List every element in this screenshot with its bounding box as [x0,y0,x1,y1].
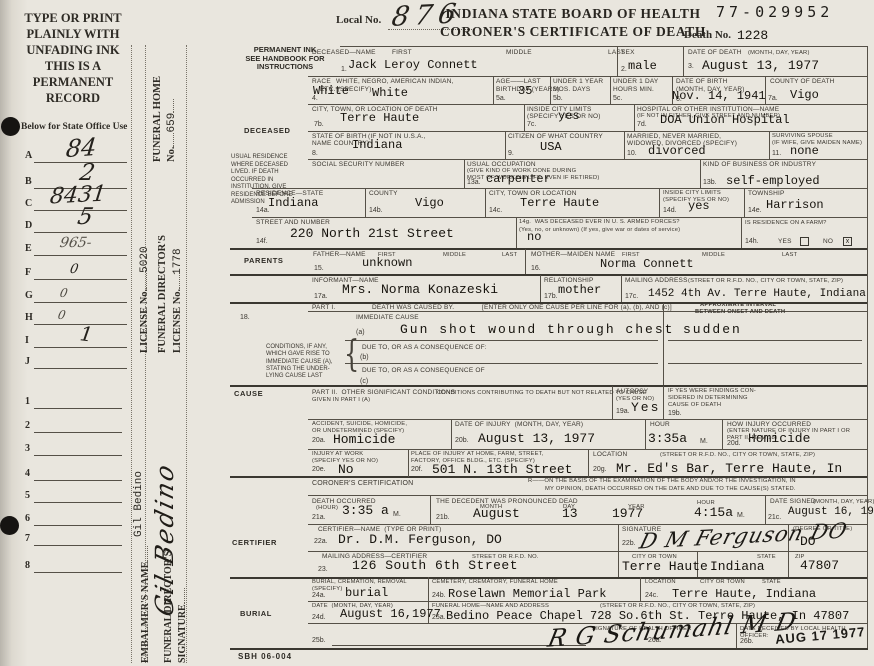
state-office-use-label: Below for State Office Use [21,122,127,132]
under-day-label2: HOURS MIN. [613,86,654,93]
how-injury-value: Homicide [748,431,810,446]
field-number: 23. [318,566,328,573]
divider [186,45,187,663]
residence-note-line: USUAL RESIDENCE [231,154,292,162]
res-city-value: Terre Haute [520,196,599,210]
rule [308,601,868,602]
rule-heavy [230,248,868,250]
cause-b-prefix: (b) [360,354,369,361]
citizen-value: USA [540,140,562,154]
field-number: 1. [341,66,347,73]
field-number: 14b. [369,207,383,214]
sex-value: male [628,59,657,73]
interval-label2: BETWEEN ONSET AND DEATH [695,309,785,315]
farm-no-checkbox: x [843,237,852,246]
part1-label3: [ENTER ONLY ONE CAUSE PER LINE FOR (a), … [482,304,672,311]
section-certifier: CERTIFIER [232,538,277,547]
rule [428,577,429,601]
marital-label: MARRIED, NEVER MARRIED, [627,133,721,140]
rule [744,188,745,217]
autopsy-value: Yes [631,400,660,415]
field-number: 7a. [768,95,778,102]
ssn-label: SOCIAL SECURITY NUMBER [312,161,405,168]
findings-label3: CAUSE OF DEATH [668,402,721,408]
rule [308,131,868,132]
interval-value: sudden [683,322,742,337]
rule [765,495,766,524]
spouse-label: SURVIVING SPOUSE [772,133,833,139]
dob-label: DATE OF BIRTH [676,78,727,85]
res-county-label: COUNTY [369,190,398,197]
city-death-value: Terre Haute [340,111,419,125]
conditions-line: LYING CAUSE LAST [266,373,333,380]
rule [308,104,868,105]
res-state-value: Indiana [268,196,318,210]
burial-date-value: August 16,1977 [340,607,441,621]
rule [640,577,641,601]
write-line [34,572,122,573]
field-number: 18. [240,314,250,321]
write-line [34,408,122,409]
middle-label: MIDDLE [702,252,725,258]
notice-line: PERMANENT [16,74,130,90]
field-number: 14f. [256,238,268,245]
part1-label: PART I. [312,304,335,311]
injury-date-value: August 13, 1977 [478,431,595,446]
death-hour-label2: (HOUR) [316,505,338,511]
injury-place-label2-text: AT HOME, FARM, STREET, [467,451,544,457]
write-line [34,455,122,456]
notice-line: RECORD [16,90,130,106]
pronounced-hour: 4:15a [694,505,733,520]
rule [645,419,646,449]
write-line [34,525,122,526]
field-number: 14h. [745,238,759,245]
first-label: FIRST [392,49,412,56]
license-label: LICENSE No. [139,289,150,353]
no-label: No. [166,147,177,162]
pronounced-hour-suffix: M. [737,512,745,519]
township-label: TOWNSHIP [748,190,785,197]
race-label2: WHITE, NEGRO, AMERICAN INDIAN, [336,78,454,85]
sex-label: SEX [621,49,635,56]
funeral-home-number: No.659 [161,99,179,162]
burial-location-value: Terre Haute, Indiana [672,587,816,601]
pronounced-day: 13 [562,506,578,521]
hospital-label: HOSPITAL OR OTHER INSTITUTION—NAME [637,106,779,113]
rule [345,340,658,341]
write-line [34,302,127,303]
field-number: 25b. [312,637,326,644]
local-no-label: Local No. [336,14,381,26]
spouse-value: none [790,144,819,158]
line-key: G [25,290,33,301]
rule [525,249,526,274]
death-no-value: 1228 [737,28,768,43]
marital-value: divorced [648,144,706,158]
rule [540,275,541,302]
rule [430,495,431,524]
handwritten-value-e: 965- [59,235,93,251]
res-limits-label: INSIDE CITY LIMITS [663,190,721,196]
field-number: 16. [531,265,541,272]
township-value: Harrison [766,198,824,212]
field-number: 21b. [436,514,450,521]
field-number: 11. [772,150,781,157]
findings-label: IF YES WERE FINDINGS CON- [668,388,756,394]
write-line [34,255,127,256]
rule [610,76,611,104]
field-number: 5a. [496,95,506,102]
field-number: 13a. [467,179,481,186]
line-key: J [25,356,30,367]
farm-yes-label: YES [778,238,792,245]
title-line1: INDIANA STATE BOARD OF HEALTH [408,6,738,22]
notice-line: PLAINLY WITH [16,26,130,42]
rule [493,76,494,104]
cemetery-label: CEMETERY, CREMATORY, FUNERAL HOME [432,579,558,585]
informant-mailing-value: 1452 4th Av. Terre Haute, Indiana [648,288,866,300]
under-year-label2: MOS. DAYS [553,86,590,93]
immediate-cause-label: IMMEDIATE CAUSE [356,314,419,321]
line-key: I [25,335,29,346]
informant-mailing-label: MAILING ADDRESS [625,277,688,284]
informant-mailing-label2: (STREET OR R.F.D. NO., CITY OR TOWN, STA… [688,278,843,284]
coroner-cert-text2: MY OPINION, DEATH OCCURRED ON THE DATE A… [545,486,796,492]
interval-label1: APPROXIMATE INTERVAL [700,302,776,308]
write-line [34,232,127,233]
field-number: 21a. [312,514,326,521]
county-death-label: COUNTY OF DEATH [770,78,835,85]
section-deceased: DECEASED [244,126,290,135]
rule [365,188,366,217]
write-line [34,279,127,280]
license-label: LICENSE No. [172,289,183,353]
field-number: 13b. [703,179,717,186]
conditions-line: CONDITIONS, IF ANY, [266,344,333,351]
rule [700,159,701,188]
degree-value: DO [800,534,816,549]
write-line [34,480,122,481]
line-key: 5 [25,490,30,501]
rule [668,363,862,364]
section-parents: PARENTS [244,256,283,265]
dotted-fill [165,99,174,113]
state-birth-value: Indiana [352,138,402,152]
res-limits-value: yes [688,199,710,213]
deceased-name-label: DECEASED—NAME [312,49,376,56]
due-to-b-label: DUE TO, OR AS A CONSEQUENCE OF: [362,344,487,351]
rule [252,188,868,189]
armed-forces-label: 14g. WAS DECEASED EVER IN U. S. ARMED FO… [519,219,680,225]
rule [308,495,868,496]
field-number: 24d. [312,614,326,621]
conditions-note: CONDITIONS, IF ANY, WHICH GAVE RISE TO I… [266,344,333,380]
rule [308,419,868,420]
line-key: 4 [25,468,30,479]
rule [668,340,862,341]
date-of-death-sublabel: (MONTH, DAY, YEAR) [748,50,810,56]
ink-line: INSTRUCTIONS [237,63,333,72]
business-label: KIND OF BUSINESS OR INDUSTRY [703,161,816,168]
rule [634,104,635,131]
rule-heavy [230,274,868,276]
mother-value: Norma Connett [600,257,694,271]
part2-label: PART II. OTHER SIGNIFICANT CONDITIONS [312,389,455,396]
field-number: 3. [688,63,694,70]
injury-location-value: Mr. Ed's Bar, Terre Haute, In [616,461,842,476]
write-line [34,162,127,163]
informant-value: Mrs. Norma Konazeski [342,282,498,297]
field-number: 20f. [411,466,423,473]
line-key: 3 [25,443,30,454]
line-key: C [25,198,32,209]
line-key: F [25,267,31,278]
field-number: 22a. [314,538,328,545]
rule [451,419,452,449]
line-key: D [25,220,32,231]
part1-label2: DEATH WAS CAUSED BY. [372,304,454,311]
injury-work-value: No [338,462,354,477]
field-number: 20g. [593,466,607,473]
dotted-fill [171,275,180,289]
injury-location-label2: (STREET OR R.F.D. NO., CITY OR TOWN, STA… [660,452,815,458]
cemetery-value: Roselawn Memorial Park [448,587,606,601]
date-signed-label2: (MONTH, DAY, YEAR) [813,499,874,505]
rule [588,449,589,477]
armed-forces-value: no [527,230,541,244]
street-value: 220 North 21st Street [290,226,454,241]
how-injury-label: HOW INJURY OCCURRED [727,421,811,428]
injury-hour-value: 3:35a [648,431,687,446]
county-death-value: Vigo [790,88,819,102]
line-key: 2 [25,420,30,431]
injury-hour-label: HOUR [650,421,670,428]
rule [683,46,684,76]
handwritten-value-h: 0 [57,308,67,322]
handwritten-value-i: 1 [78,321,94,347]
director-license-number: LICENSE No.1778 [167,248,185,353]
field-number: 7d. [637,121,647,128]
write-line [34,502,122,503]
manner-label: ACCIDENT, SUICIDE, HOMICIDE, [312,421,407,427]
line-key: 7 [25,533,30,544]
degree-label: (DEGREE OR TITLE) [793,526,852,532]
rule [308,159,868,160]
field-number: 25a. [432,614,446,621]
write-line [34,432,122,433]
line-key: A [25,150,32,161]
field-number: 19b. [668,410,682,417]
brace-glyph: { [344,333,359,375]
occupation-value: carpenter [486,172,551,186]
occupation-label: USUAL OCCUPATION [467,161,536,168]
under-year-label: UNDER 1 YEAR [553,78,603,85]
funeral-director-sig-label2: SIGNATURE [172,588,190,663]
pronounced-label: THE DECEDENT WAS PRONOUNCED DEAD [436,498,578,505]
field-number: 15. [314,265,324,272]
citizen-label: CITIZEN OF WHAT COUNTRY [508,133,603,140]
rule [659,188,660,217]
rule [741,217,742,248]
conditions-line: IMMEDIATE CAUSE (A), [266,359,333,366]
farm-yes-checkbox [800,237,809,246]
armed-forces-label2: (Yes, no, or unknown) (If yes, give war … [519,227,680,233]
line-key: 1 [25,396,30,407]
date-signed-label: DATE SIGNED [770,498,816,505]
manner-value: Homicide [333,432,395,447]
street-label: STREET AND NUMBER [256,219,330,226]
section-burial: BURIAL [240,609,272,618]
field-number: 14d. [663,207,677,214]
rule [618,551,619,577]
field-number: 9. [508,150,514,157]
handwritten-value-c: 8431 [48,181,107,209]
farm-no-label: NO [823,238,833,245]
funeral-home-no-value: 659 [166,113,178,133]
injury-place-label: PLACE OF INJURY AT HOME, FARM, STREET, [411,451,544,457]
field-number: 24b. [432,592,446,599]
last-label: LAST [502,252,517,258]
residence-note-line: WHERE DECEASED [231,162,292,170]
write-line [34,347,127,348]
father-value: unknown [362,256,412,270]
handwritten-value-f: 0 [69,262,80,277]
rule [485,188,486,217]
injury-work-label: INJURY AT WORK [312,451,363,457]
rule [340,46,868,47]
pronounced-month: August [473,506,520,521]
field-number: 5c. [613,95,622,102]
rule [408,449,409,477]
field-number: 20d. [727,440,741,447]
line-key: B [25,176,32,187]
middle-label: MIDDLE [506,49,532,56]
injury-location-label: LOCATION [593,451,627,458]
field-number: 5b. [553,95,563,102]
burial-type-label: BURIAL, CREMATION, REMOVAL [312,579,407,585]
injury-place-label-text: PLACE OF INJURY [411,451,465,457]
write-line [34,545,122,546]
business-value: self-employed [726,174,820,188]
field-number: 24a. [312,592,326,599]
line-key: 6 [25,513,30,524]
field-number: 17c. [625,293,638,300]
injury-hour-suffix: M. [700,438,708,445]
coroner-certification-label: CORONER'S CERTIFICATION [312,480,413,487]
deceased-name-value: Jack Leroy Connett [348,58,478,72]
field-number: 20b. [455,437,469,444]
relationship-value: mother [558,283,601,297]
autopsy-label: AUTOPSY [616,388,648,395]
form-number: SBH 06-004 [238,652,292,661]
license-no-value: 5020 [139,246,151,272]
field-number: 4. [312,95,318,102]
res-county-value: Vigo [415,196,444,210]
field-number: 19a. [616,408,630,415]
rule [788,551,789,577]
rule [722,419,723,449]
handwritten-value-g: 0 [59,286,69,300]
date-of-death-value: August 13, 1977 [702,58,819,73]
hole-punch-top [1,117,20,136]
field-number: 22b. [622,540,636,547]
father-label: FATHER—NAME [313,251,366,258]
rule [308,551,868,552]
certifier-street-value: 126 South 6th Street [352,558,518,573]
injury-date-label-text: DATE OF INJURY [455,421,511,428]
burial-type-value: burial [345,586,388,600]
field-number: 2. [621,66,627,73]
label-text: SIGNATURE [177,604,188,663]
rule-heavy [230,385,868,387]
field-number: 17a. [314,293,328,300]
rule [624,131,625,159]
death-certificate-scan: TYPE OR PRINT PLAINLY WITH UNFADING INK … [0,0,874,666]
conditions-line: WHICH GAVE RISE TO [266,351,333,358]
notice-line: THIS IS A [16,58,130,74]
death-no-label: Death No. [684,29,731,41]
dotted-fill [139,546,148,562]
field-number: 14c. [489,207,502,214]
field-number: 10. [627,150,637,157]
conditions-line: STATING THE UNDER- [266,366,333,373]
rule [663,386,664,419]
burial-location-label2: CITY OR TOWN [700,579,745,585]
field-number: 17b. [544,293,558,300]
field-number: 7c. [527,121,536,128]
armed-forces-label-text: WAS DECEASED EVER IN U. S. ARMED FORCES? [535,219,680,225]
handwritten-value-a: 84 [65,133,98,163]
date-of-death-label: DATE OF DEATH [688,49,742,56]
burial-location-label3: STATE [762,579,781,585]
dotted-fill [176,588,185,604]
field-number: 21c. [768,514,781,521]
part2-label4: GIVEN IN PART I (A) [312,397,370,403]
race-value: White [372,86,408,100]
injury-place-value: 501 N. 13th Street [432,462,572,477]
field-number: 24c. [645,592,658,599]
permanent-record-notice: TYPE OR PRINT PLAINLY WITH UNFADING INK … [16,10,130,106]
field-number: 8. [312,150,318,157]
hospital-value: DOA Union Hospital [660,113,790,127]
dob-value: Nov. 14, 1941 [672,89,766,103]
line-key: 8 [25,560,30,571]
cause-a-value: Gun shot wound through chest [400,322,674,337]
field-number: 7b. [314,121,324,128]
line-key: H [25,312,33,323]
injury-date-label2-text: (MONTH, DAY, YEAR) [515,421,584,428]
embalmer-name-value: Gil Bedino [133,471,145,537]
rule [345,363,658,364]
residence-note-line: OCCURRED IN [231,177,292,185]
under-day-label: UNDER 1 DAY [613,78,658,85]
injury-date-label: DATE OF INJURY (MONTH, DAY, YEAR) [455,421,583,428]
residence-note-line: LIVED. IF DEATH [231,169,292,177]
due-to-c-label: DUE TO, OR AS A CONSEQUENCE OF [362,367,485,374]
coroner-cert-text1: R——ON THE BASIS OF THE EXAMINATION OF TH… [528,478,796,484]
pronounced-year: 1977 [612,506,643,521]
race-overlap-value: White [313,84,349,98]
death-hour-value: 3:35 a [342,503,389,518]
license-number: LICENSE No.5020 [134,246,152,353]
dotted-fill [138,273,147,289]
hole-punch-bottom [0,516,19,535]
certifier-city-value: Terre Haute [622,559,708,574]
field-number-inline: 14g. [519,219,531,225]
notice-line: TYPE OR PRINT [16,10,130,26]
certifier-name-value: Dr. D.M. Ferguson, DO [338,532,502,547]
